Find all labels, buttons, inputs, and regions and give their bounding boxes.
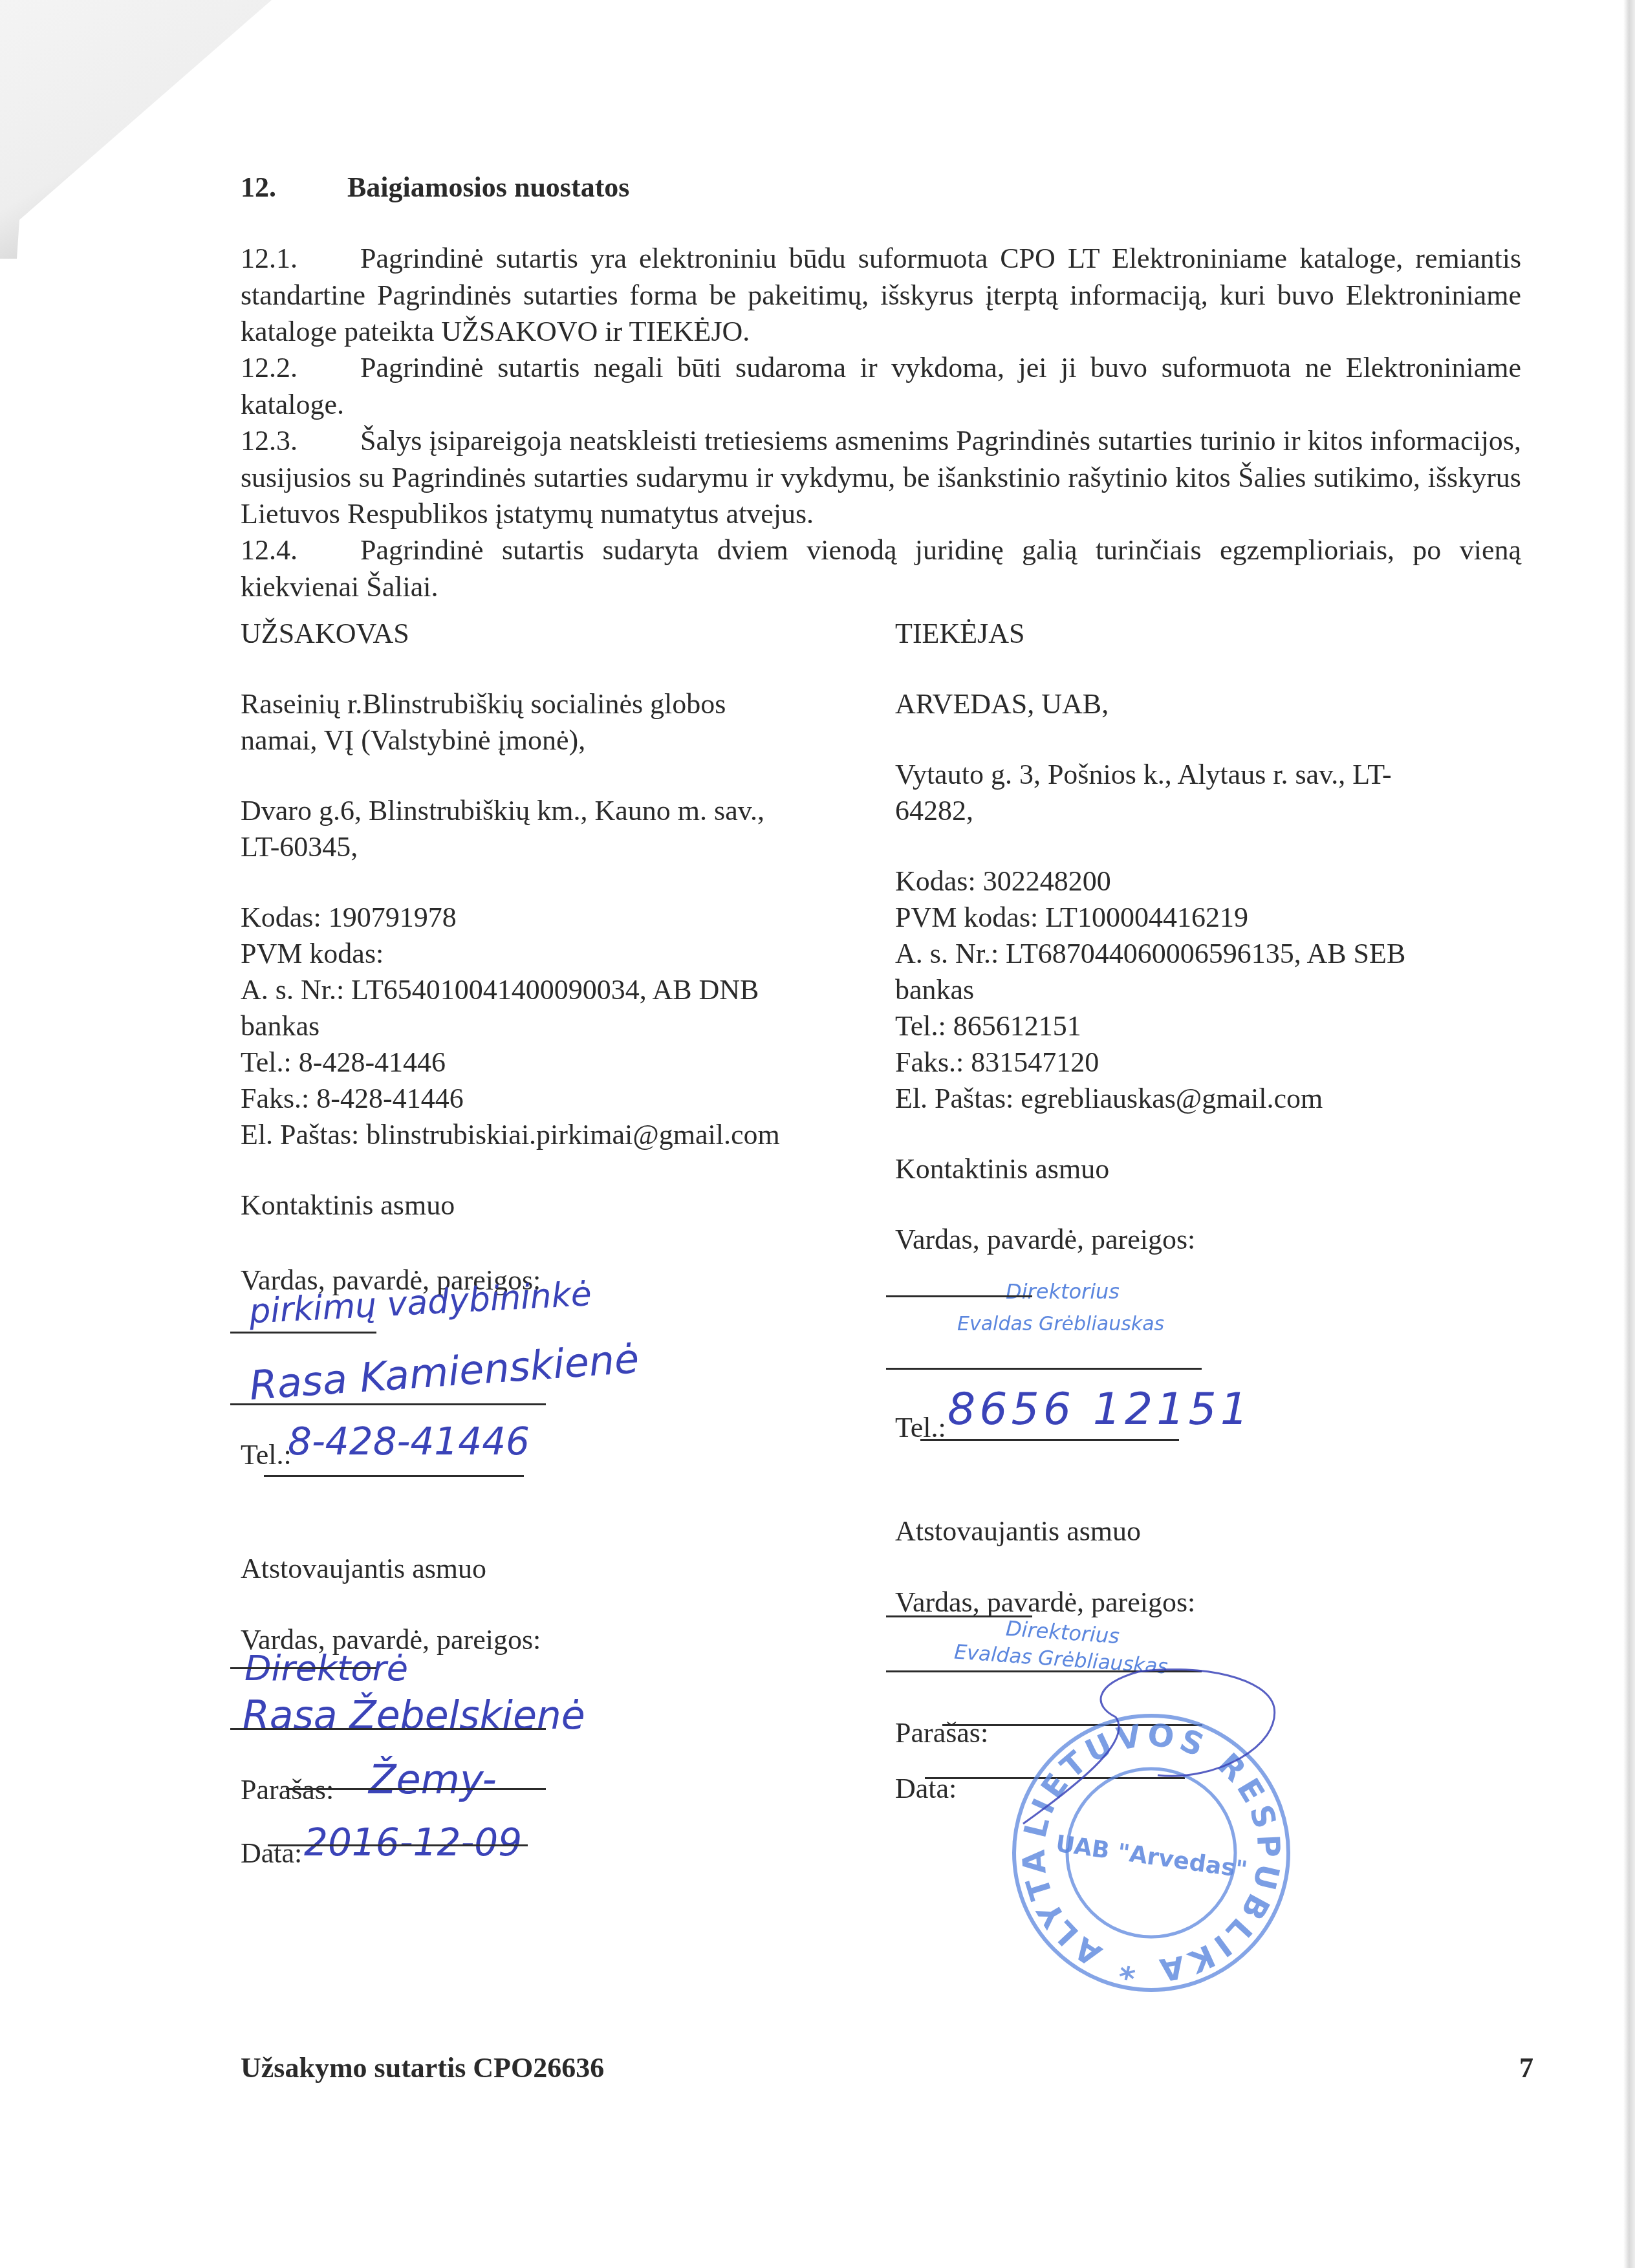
footer-document-title: Užsakymo sutartis CPO26636 [241, 2050, 604, 2086]
customer-vat-code: PVM kodas: [241, 936, 780, 972]
supplier-role: TIEKĖJAS [895, 616, 1405, 652]
supplier-phone: Tel.: 865612151 [895, 1008, 1405, 1044]
customer-role: UŽSAKOVAS [241, 616, 780, 652]
customer-rep-date-label: Data: [241, 1835, 302, 1872]
supplier-fax: Faks.: 831547120 [895, 1044, 1405, 1081]
customer-contact-name-handwritten: Rasa Kamienskienė [248, 1335, 640, 1409]
customer-address-line1: Dvaro g.6, Blinstrubiškių km., Kauno m. … [241, 793, 780, 829]
clause-number: 12.2. [241, 350, 360, 387]
supplier-vat-code: PVM kodas: LT100004416219 [895, 900, 1405, 936]
customer-code: Kodas: 190791978 [241, 900, 780, 936]
customer-rep-position-line [230, 1667, 376, 1669]
clause-12-4: 12.4.Pagrindinė sutartis sudaryta dviem … [241, 532, 1521, 605]
supplier-account-line2: bankas [895, 972, 1405, 1008]
customer-rep-name-line [230, 1728, 546, 1730]
customer-rep-signature-line [286, 1788, 546, 1790]
customer-rep-heading: Atstovaujantis asmuo [241, 1551, 486, 1587]
supplier-rep-stamp-position: Direktorius [1005, 1616, 1120, 1648]
clause-text: Pagrindinė sutartis negali būti sudaroma… [241, 352, 1521, 420]
clause-text: Šalys įsipareigoja neatskleisti tretiesi… [241, 425, 1521, 530]
supplier-account-line1: A. s. Nr.: LT687044060006596135, AB SEB [895, 936, 1405, 972]
clause-number: 12.4. [241, 532, 360, 569]
page-number: 7 [1519, 2050, 1533, 2086]
supplier-details: TIEKĖJAS ARVEDAS, UAB, Vytauto g. 3, Poš… [895, 616, 1405, 1258]
supplier-address-line2: 64282, [895, 793, 1405, 829]
customer-rep-signature-label: Parašas: [241, 1772, 334, 1808]
supplier-rep-date-label: Data: [895, 1771, 957, 1807]
scan-page-edge [1623, 0, 1635, 2268]
clause-12-3: 12.3.Šalys įsipareigoja neatskleisti tre… [241, 423, 1521, 533]
customer-rep-signature-handwritten: Žemy- [369, 1756, 497, 1803]
section-title: Baigiamosios nuostatos [347, 169, 629, 206]
customer-email: El. Paštas: blinstrubiskiai.pirkimai@gma… [241, 1117, 780, 1153]
customer-fax: Faks.: 8-428-41446 [241, 1081, 780, 1117]
customer-contact-position-line [230, 1332, 376, 1334]
supplier-signature-icon [1009, 1669, 1306, 1837]
supplier-rep-heading: Atstovaujantis asmuo [895, 1513, 1141, 1550]
clause-text: Pagrindinė sutartis sudaryta dviem vieno… [241, 534, 1521, 603]
supplier-rep-signature-label: Parašas: [895, 1715, 988, 1751]
supplier-contact-name-line [886, 1368, 1202, 1370]
supplier-contact-position-line [886, 1295, 1032, 1297]
customer-contact-phone-label: Tel.: [241, 1437, 292, 1473]
customer-account-line2: bankas [241, 1008, 780, 1044]
clause-12-2: 12.2.Pagrindinė sutartis negali būti sud… [241, 350, 1521, 423]
supplier-contact-name-label: Vardas, pavardė, pareigos: [895, 1222, 1405, 1258]
supplier-code: Kodas: 302248200 [895, 863, 1405, 900]
customer-phone: Tel.: 8-428-41446 [241, 1044, 780, 1081]
supplier-contact-phone-line [920, 1439, 1179, 1441]
customer-address-line2: LT-60345, [241, 829, 780, 865]
customer-rep-date-line [268, 1844, 528, 1846]
customer-rep-date-handwritten: 2016-12-09 [304, 1820, 522, 1864]
customer-rep-name-handwritten: Rasa Žebelskienė [243, 1693, 585, 1738]
clause-number: 12.1. [241, 241, 360, 277]
supplier-name: ARVEDAS, UAB, [895, 686, 1405, 722]
supplier-email: El. Paštas: egrebliauskas@gmail.com [895, 1081, 1405, 1117]
supplier-address-line1: Vytauto g. 3, Pošnios k., Alytaus r. sav… [895, 757, 1405, 793]
clause-12-1: 12.1.Pagrindinė sutartis yra elektronini… [241, 241, 1521, 351]
supplier-contact-stamp-name: Evaldas Grėbliauskas [957, 1313, 1164, 1335]
scan-page-fold [0, 0, 362, 259]
customer-contact-heading: Kontaktinis asmuo [241, 1187, 780, 1224]
customer-contact-phone-line [264, 1475, 524, 1477]
supplier-contact-stamp-position: Direktorius [1006, 1279, 1120, 1304]
clause-number: 12.3. [241, 423, 360, 460]
customer-contact-phone-handwritten: 8-428-41446 [288, 1420, 530, 1463]
section-number: 12. [241, 169, 276, 206]
customer-details: UŽSAKOVAS Raseinių r.Blinstrubiškių soci… [241, 616, 780, 1224]
customer-contact-name-line [230, 1403, 546, 1405]
customer-name-line2: namai, VĮ (Valstybinė įmonė), [241, 722, 780, 759]
clause-text: Pagrindinė sutartis yra elektroniniu būd… [241, 243, 1521, 347]
seal-center-text: UAB "Arvedas" [1054, 1830, 1249, 1883]
supplier-contact-heading: Kontaktinis asmuo [895, 1151, 1405, 1187]
supplier-contact-phone-handwritten: 8656 12151 [947, 1384, 1252, 1435]
customer-account-line1: A. s. Nr.: LT654010041400090034, AB DNB [241, 972, 780, 1008]
customer-name-line1: Raseinių r.Blinstrubiškių socialinės glo… [241, 686, 780, 722]
